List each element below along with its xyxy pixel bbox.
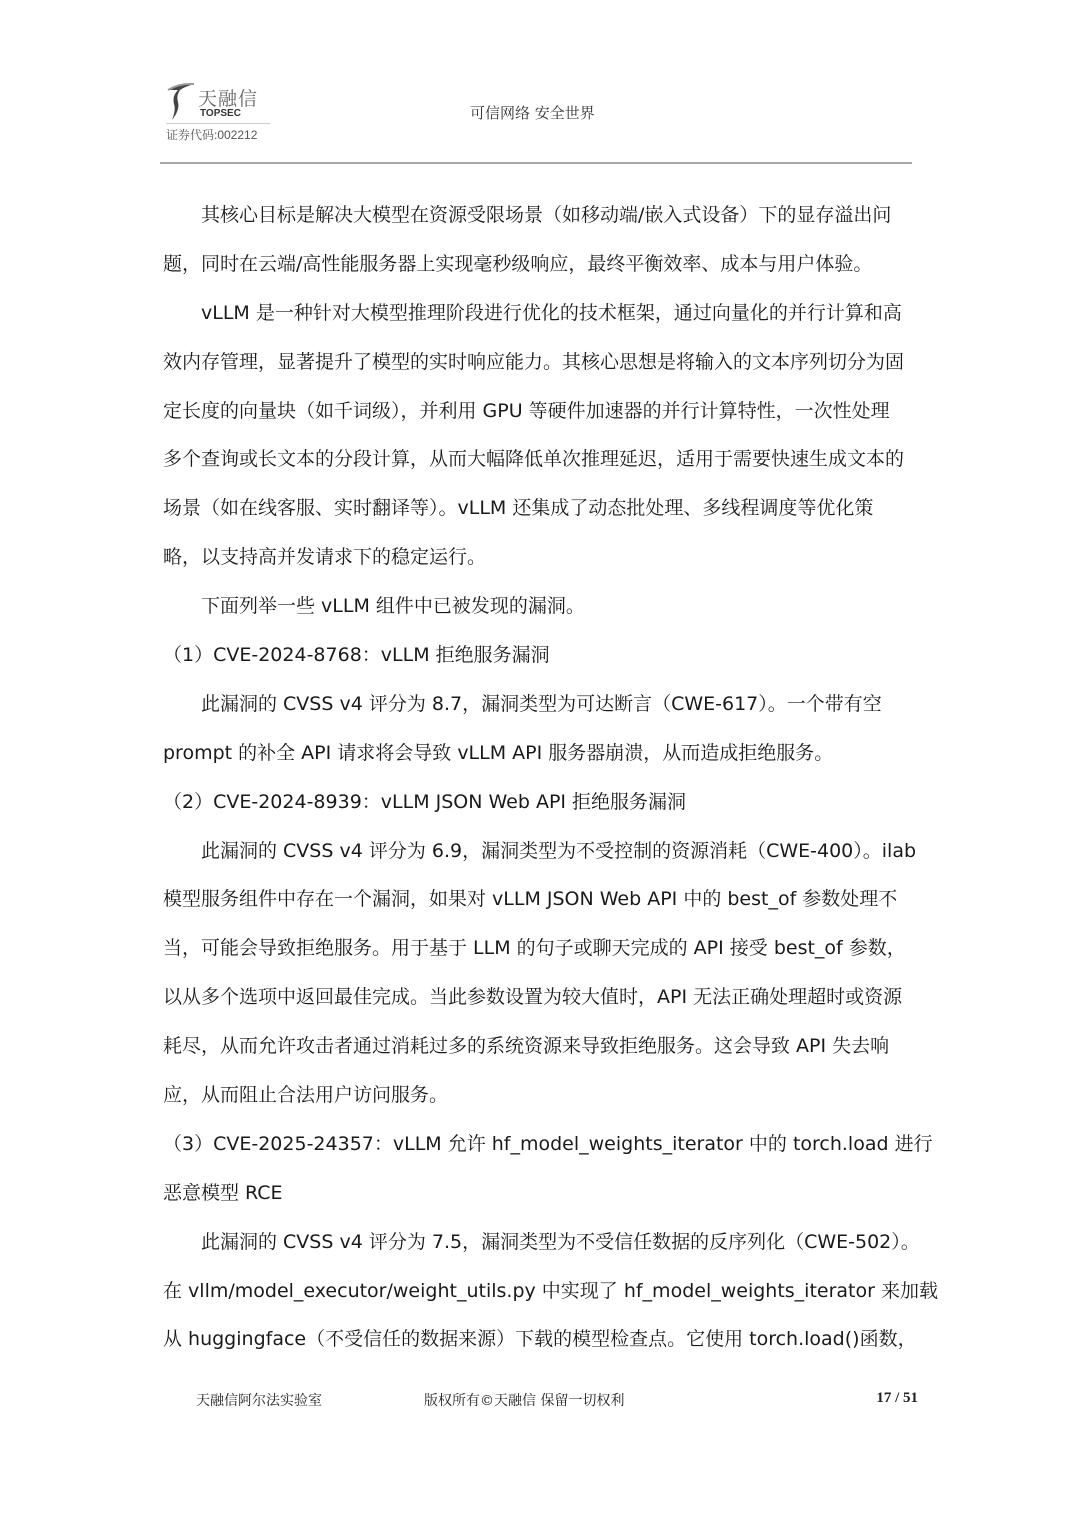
paragraph-line: 此漏洞的 CVSS v4 评分为 7.5，漏洞类型为不受信任数据的反序列化（CW… xyxy=(163,1222,915,1271)
paragraph-line: 下面列举一些 vLLM 组件中已被发现的漏洞。 xyxy=(163,586,915,635)
paragraph-line: prompt 的补全 API 请求将会导致 vLLM API 服务器崩溃，从而造… xyxy=(163,733,915,782)
document-body: 其核心目标是解决大模型在资源受限场景（如移动端/嵌入式设备）下的显存溢出问 题，… xyxy=(163,195,915,1368)
paragraph-line: 从 huggingface（不受信任的数据来源）下载的模型检查点。它使用 tor… xyxy=(163,1319,915,1368)
paragraph-line: 场景（如在线客服、实时翻译等）。vLLM 还集成了动态批处理、多线程调度等优化策 xyxy=(163,488,915,537)
cve-heading-3: （3）CVE-2025-24357：vLLM 允许 hf_model_weigh… xyxy=(163,1124,915,1173)
paragraph-line: 多个查询或长文本的分段计算，从而大幅降低单次推理延迟，适用于需要快速生成文本的 xyxy=(163,439,915,488)
page-header: 天融信 TOPSEC 证券代码:002212 可信网络 安全世界 xyxy=(160,78,912,164)
header-divider xyxy=(160,162,912,164)
page-number: 17 / 51 xyxy=(876,1390,918,1407)
paragraph-line: 定长度的向量块（如千词级），并利用 GPU 等硬件加速器的并行计算特性，一次性处… xyxy=(163,391,915,440)
footer-lab-name: 天融信阿尔法实验室 xyxy=(196,1390,322,1410)
paragraph-line: 其核心目标是解决大模型在资源受限场景（如移动端/嵌入式设备）下的显存溢出问 xyxy=(163,195,915,244)
topsec-logo-icon xyxy=(166,82,196,122)
paragraph-line: 效内存管理，显著提升了模型的实时响应能力。其核心思想是将输入的文本序列切分为固 xyxy=(163,342,915,391)
paragraph-line: 模型服务组件中存在一个漏洞，如果对 vLLM JSON Web API 中的 b… xyxy=(163,879,915,928)
company-logo: 天融信 TOPSEC 证券代码:002212 xyxy=(162,80,274,142)
header-slogan: 可信网络 安全世界 xyxy=(470,102,595,123)
paragraph-line: 此漏洞的 CVSS v4 评分为 6.9，漏洞类型为不受控制的资源消耗（CWE-… xyxy=(163,831,915,880)
paragraph-line: vLLM 是一种针对大模型推理阶段进行优化的技术框架，通过向量化的并行计算和高 xyxy=(163,293,915,342)
paragraph-line: 恶意模型 RCE xyxy=(163,1173,915,1222)
footer-copyright: 版权所有©天融信 保留一切权利 xyxy=(424,1390,624,1410)
paragraph-line: 在 vllm/model_executor/weight_utils.py 中实… xyxy=(163,1271,915,1320)
paragraph-line: 题，同时在云端/高性能服务器上实现毫秒级响应，最终平衡效率、成本与用户体验。 xyxy=(163,244,915,293)
logo-divider xyxy=(166,123,270,124)
paragraph-line: 略，以支持高并发请求下的稳定运行。 xyxy=(163,537,915,586)
paragraph-line: 当，可能会导致拒绝服务。用于基于 LLM 的句子或聊天完成的 API 接受 be… xyxy=(163,928,915,977)
page-footer: 天融信阿尔法实验室 版权所有©天融信 保留一切权利 17 / 51 xyxy=(160,1390,920,1414)
cve-heading-1: （1）CVE-2024-8768：vLLM 拒绝服务漏洞 xyxy=(163,635,915,684)
paragraph-line: 耗尽，从而允许攻击者通过消耗过多的系统资源来导致拒绝服务。这会导致 API 失去… xyxy=(163,1026,915,1075)
paragraph-line: 以从多个选项中返回最佳完成。当此参数设置为较大值时，API 无法正确处理超时或资… xyxy=(163,977,915,1026)
paragraph-line: 应，从而阻止合法用户访问服务。 xyxy=(163,1075,915,1124)
stock-code: 证券代码:002212 xyxy=(166,126,257,143)
paragraph-line: 此漏洞的 CVSS v4 评分为 8.7，漏洞类型为可达断言（CWE-617）。… xyxy=(163,684,915,733)
cve-heading-2: （2）CVE-2024-8939：vLLM JSON Web API 拒绝服务漏… xyxy=(163,782,915,831)
logo-chinese-name: 天融信 xyxy=(198,84,258,111)
logo-english-name: TOPSEC xyxy=(200,108,241,119)
